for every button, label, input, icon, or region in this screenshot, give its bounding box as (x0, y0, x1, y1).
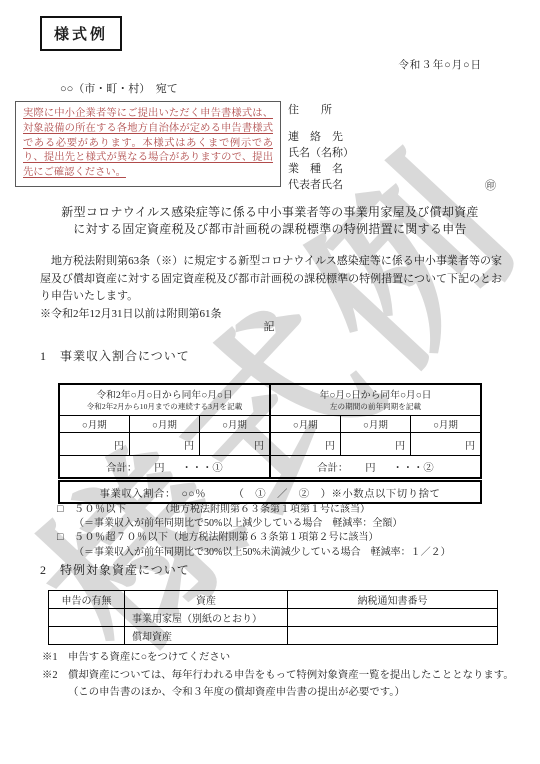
previous-period-title: 年○月○日から同年○月○日 (271, 389, 480, 402)
declaration-input-cell[interactable] (49, 627, 125, 645)
amount-input-cell[interactable]: 円 (270, 433, 340, 456)
industry-label: 業 種 名 (288, 160, 343, 176)
total-label: 合計： (317, 459, 348, 474)
footnote-1: ※1 申告する資産に○をつけてください (42, 649, 514, 667)
checkbox-50-to-70-desc: （＝事業収入が前年同期比で30%以上50%未満減少している場合 軽減率：１／２） (74, 546, 497, 560)
notice-number-input-cell[interactable] (288, 609, 498, 627)
total-unit: 円 (365, 459, 375, 474)
amount-input-cell[interactable]: 円 (129, 433, 199, 456)
form-title-line1: 新型コロナウイルス感染症等に係る中小事業者等の事業用家屋及び償却資産 (0, 204, 540, 221)
checkbox-50-or-less-law: （地方税法附則第６３条第１項第１号に該当） (160, 503, 370, 517)
format-example-stamp: 様式例 (40, 16, 122, 51)
checkbox-50-to-70[interactable]: □ (57, 531, 74, 545)
asset-name-cell: 事業用家屋（別紙のとおり） (125, 609, 288, 627)
form-title-line2: に対する固定資産税及び都市計画税の課税標準の特例措置に関する申告 (0, 221, 540, 238)
month-header: ○月期 (59, 416, 129, 433)
col-header-asset: 資産 (125, 591, 288, 609)
current-period-header: 令和2年○月○日から同年○月○日 令和2年2月から10月までの連続する3月を記載 (59, 384, 270, 416)
declaration-text: 地方税法附則第63条（※）に規定する新型コロナウイルス感染症等に係る中小事業者等… (40, 253, 502, 306)
contact-label: 連 絡 先 (288, 128, 343, 144)
month-header: ○月期 (340, 416, 410, 433)
checkbox-50-or-less-desc: （＝事業収入が前年同期比で50%以上減少している場合 軽減率：全額） (74, 517, 497, 531)
revenue-ratio-row: 事業収入割合： ○○％ （ ① ／ ② ）※小数点以下切り捨て (58, 480, 482, 504)
form-title: 新型コロナウイルス感染症等に係る中小事業者等の事業用家屋及び償却資産 に対する固… (0, 204, 540, 238)
name-label: 氏名（名称） (288, 144, 354, 160)
month-header: ○月期 (411, 416, 481, 433)
addressee-line: ○○（市・町・村） 宛て (60, 80, 178, 96)
revenue-table: 令和2年○月○日から同年○月○日 令和2年2月から10月までの連続する3月を記載… (58, 383, 482, 504)
total-ref-1: ・・・① (181, 459, 222, 474)
footnotes: ※1 申告する資産に○をつけてください ※2 償却資産については、毎年行われる申… (42, 649, 514, 702)
month-header: ○月期 (200, 416, 270, 433)
notice-number-input-cell[interactable] (288, 627, 498, 645)
amount-input-cell[interactable]: 円 (200, 433, 270, 456)
amount-input-cell[interactable]: 円 (59, 433, 129, 456)
declaration-input-cell[interactable] (49, 609, 125, 627)
current-period-title: 令和2年○月○日から同年○月○日 (60, 389, 269, 402)
asset-name-cell: 償却資産 (125, 627, 288, 645)
total-cell-current[interactable]: 合計： 円 ・・・① (59, 456, 270, 479)
previous-period-subtitle: 左の期間の前年同期を記載 (271, 402, 480, 412)
col-header-declaration: 申告の有無 (49, 591, 125, 609)
month-header: ○月期 (129, 416, 199, 433)
asset-table: 申告の有無 資産 納税通知書番号 事業用家屋（別紙のとおり） 償却資産 (48, 590, 497, 645)
amount-input-cell[interactable]: 円 (340, 433, 410, 456)
representative-label: 代表者氏名 (288, 176, 343, 192)
footnote-2: ※2 償却資産については、毎年行われる申告をもって特例対象資産一覧を提出したこと… (42, 667, 514, 685)
total-label: 合計： (106, 459, 137, 474)
document-date: 令和３年○月○日 (398, 57, 482, 72)
checkbox-50-or-less[interactable]: □ (57, 503, 74, 517)
total-unit: 円 (154, 459, 164, 474)
address-label: 住 所 (288, 101, 332, 117)
checkbox-50-to-70-law: （地方税法附則第６３条第１項第２号に該当） (169, 531, 379, 545)
current-period-subtitle: 令和2年2月から10月までの連続する3月を記載 (60, 402, 269, 412)
reduction-checkboxes: □ ５０％以下 （地方税法附則第６３条第１項第１号に該当） （＝事業収入が前年同… (57, 503, 497, 560)
footnote-2-continued: （この申告書のほか、令和３年度の償却資産申告書の提出が必要です。） (68, 684, 514, 702)
total-ref-2: ・・・② (392, 459, 433, 474)
section2-heading: 2 特例対象資産について (40, 561, 190, 578)
amount-input-cell[interactable]: 円 (411, 433, 481, 456)
col-header-notice-number: 納税通知書番号 (288, 591, 498, 609)
checkbox-50-or-less-label: ５０％以下 (74, 503, 160, 517)
previous-period-header: 年○月○日から同年○月○日 左の期間の前年同期を記載 (270, 384, 481, 416)
red-notice-box: 実際に中小企業者等にご提出いただく申告書様式は、対象設備の所在する各地方自治体が… (15, 101, 281, 187)
total-cell-previous[interactable]: 合計： 円 ・・・② (270, 456, 481, 479)
ki-marker: 記 (0, 318, 540, 334)
table-row: 事業用家屋（別紙のとおり） (49, 609, 498, 627)
month-header: ○月期 (270, 416, 340, 433)
section1-heading: 1 事業収入割合について (40, 347, 190, 364)
seal-mark-icon: ㊞ (485, 177, 496, 193)
checkbox-50-to-70-label: ５０％超７０％以下 (74, 531, 169, 545)
form-page: 様式例 様式例 令和３年○月○日 ○○（市・町・村） 宛て 実際に中小企業者等に… (0, 0, 540, 764)
table-row: 償却資産 (49, 627, 498, 645)
declaration-paragraph: 地方税法附則第63条（※）に規定する新型コロナウイルス感染症等に係る中小事業者等… (40, 253, 502, 323)
